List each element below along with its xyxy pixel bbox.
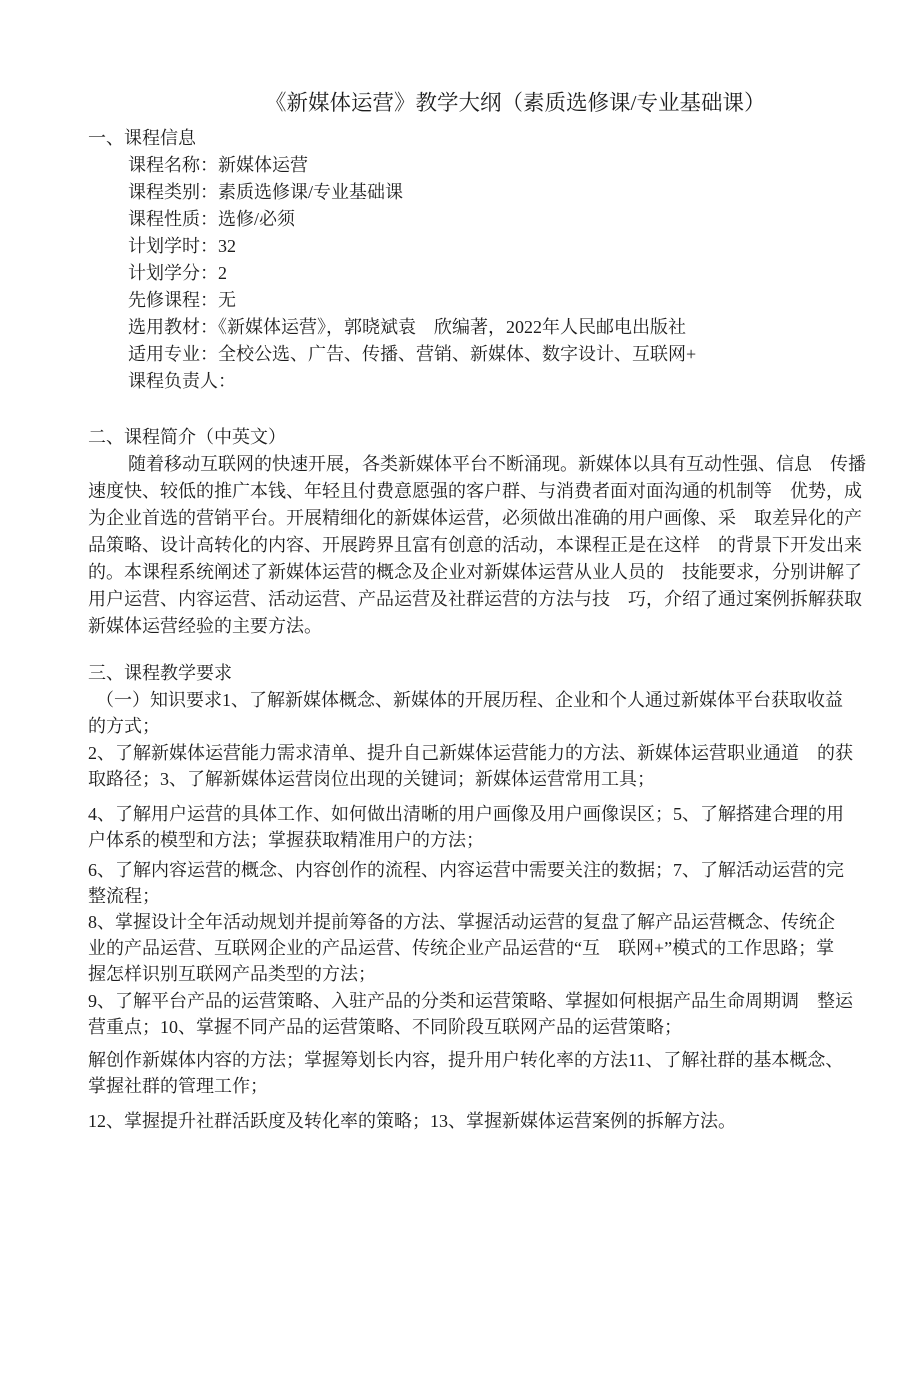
text-line: 掌握社群的管理工作； [88,1073,832,1099]
requirement-paragraph: 6、了解内容运营的概念、内容创作的流程、内容运营中需要关注的数据；7、了解活动运… [88,857,832,909]
course-info-list: 课程名称：新媒体运营课程类别：素质选修课/专业基础课课程性质：选修/必须计划学时… [88,152,832,395]
course-info-line: 课程性质：选修/必须 [88,206,832,233]
text-line: 整流程； [88,883,832,909]
requirement-paragraph: 8、掌握设计全年活动规划并提前筹备的方法、掌握活动运营的复盘了解产品运营概念、传… [88,909,832,987]
section-heading-course-intro: 二、课程简介（中英文） [88,424,832,451]
requirement-paragraph: 9、了解平台产品的运营策略、入驻产品的分类和运营策略、掌握如何根据产品生命周期调… [88,988,832,1040]
text-line: 9、了解平台产品的运营策略、入驻产品的分类和运营策略、掌握如何根据产品生命周期调… [88,988,832,1014]
requirement-paragraph: 2、了解新媒体运营能力需求清单、提升自己新媒体运营能力的方法、新媒体运营职业通道… [88,740,832,792]
text-line: 2、了解新媒体运营能力需求清单、提升自己新媒体运营能力的方法、新媒体运营职业通道… [88,740,832,766]
intro-line: 为企业首选的营销平台。开展精细化的新媒体运营，必须做出准确的用户画像、采 取差异… [88,505,832,532]
section-heading-teaching-requirements: 三、课程教学要求 [88,660,832,687]
intro-line: 速度快、较低的推广本钱、年轻且付费意愿强的客户群、与消费者面对面沟通的机制等 优… [88,478,832,505]
course-info-line: 计划学时：32 [88,233,832,260]
text-line: （一）知识要求1、了解新媒体概念、新媒体的开展历程、企业和个人通过新媒体平台获取… [88,687,832,713]
section-heading-course-info: 一、课程信息 [88,125,832,152]
intro-line: 用户运营、内容运营、活动运营、产品运营及社群运营的方法与技 巧，介绍了通过案例拆… [88,586,832,613]
intro-line: 新媒体运营经验的主要方法。 [88,613,832,640]
intro-line: 随着移动互联网的快速开展，各类新媒体平台不断涌现。新媒体以具有互动性强、信息 传… [88,451,832,478]
course-intro-paragraph: 随着移动互联网的快速开展，各类新媒体平台不断涌现。新媒体以具有互动性强、信息 传… [88,451,832,640]
course-info-line: 先修课程：无 [88,287,832,314]
course-info-line: 计划学分：2 [88,260,832,287]
text-line: 营重点；10、掌握不同产品的运营策略、不同阶段互联网产品的运营策略； [88,1014,832,1040]
text-line: 业的产品运营、互联网企业的产品运营、传统企业产品运营的“互 联网+”模式的工作思… [88,935,832,961]
text-line: 6、了解内容运营的概念、内容创作的流程、内容运营中需要关注的数据；7、了解活动运… [88,857,832,883]
intro-line: 品策略、设计高转化的内容、开展跨界且富有创意的活动，本课程正是在这样 的背景下开… [88,532,832,559]
requirement-paragraph: 12、掌握提升社群活跃度及转化率的策略；13、掌握新媒体运营案例的拆解方法。 [88,1108,832,1134]
text-line: 8、掌握设计全年活动规划并提前筹备的方法、掌握活动运营的复盘了解产品运营概念、传… [88,909,832,935]
text-line: 握怎样识别互联网产品类型的方法； [88,961,832,987]
requirement-paragraph: （一）知识要求1、了解新媒体概念、新媒体的开展历程、企业和个人通过新媒体平台获取… [88,687,832,739]
text-line: 取路径；3、了解新媒体运营岗位出现的关键词；新媒体运营常用工具； [88,766,832,792]
intro-line: 的。本课程系统阐述了新媒体运营的概念及企业对新媒体运营从业人员的 技能要求，分别… [88,559,832,586]
course-info-line: 课程名称：新媒体运营 [88,152,832,179]
text-line: 12、掌握提升社群活跃度及转化率的策略；13、掌握新媒体运营案例的拆解方法。 [88,1108,832,1134]
page-title: 《新媒体运营》教学大纲（素质选修课/专业基础课） [88,90,832,117]
text-line: 解创作新媒体内容的方法；掌握筹划长内容，提升用户转化率的方法11、了解社群的基本… [88,1047,832,1073]
text-line: 的方式； [88,713,832,739]
course-info-line: 课程类别：素质选修课/专业基础课 [88,179,832,206]
course-info-line: 课程负责人： [88,368,832,395]
course-info-line: 适用专业：全校公选、广告、传播、营销、新媒体、数字设计、互联网+ [88,341,832,368]
requirement-paragraph: 解创作新媒体内容的方法；掌握筹划长内容，提升用户转化率的方法11、了解社群的基本… [88,1047,832,1099]
course-info-line: 选用教材：《新媒体运营》，郭晓斌袁 欣编著，2022年人民邮电出版社 [88,314,832,341]
teaching-requirements-list: （一）知识要求1、了解新媒体概念、新媒体的开展历程、企业和个人通过新媒体平台获取… [88,687,832,1134]
document-page: 《新媒体运营》教学大纲（素质选修课/专业基础课） 一、课程信息 课程名称：新媒体… [0,0,920,1375]
text-line: 户体系的模型和方法；掌握获取精准用户的方法； [88,827,832,853]
text-line: 4、了解用户运营的具体工作、如何做出清晰的用户画像及用户画像误区；5、了解搭建合… [88,801,832,827]
requirement-paragraph: 4、了解用户运营的具体工作、如何做出清晰的用户画像及用户画像误区；5、了解搭建合… [88,801,832,853]
